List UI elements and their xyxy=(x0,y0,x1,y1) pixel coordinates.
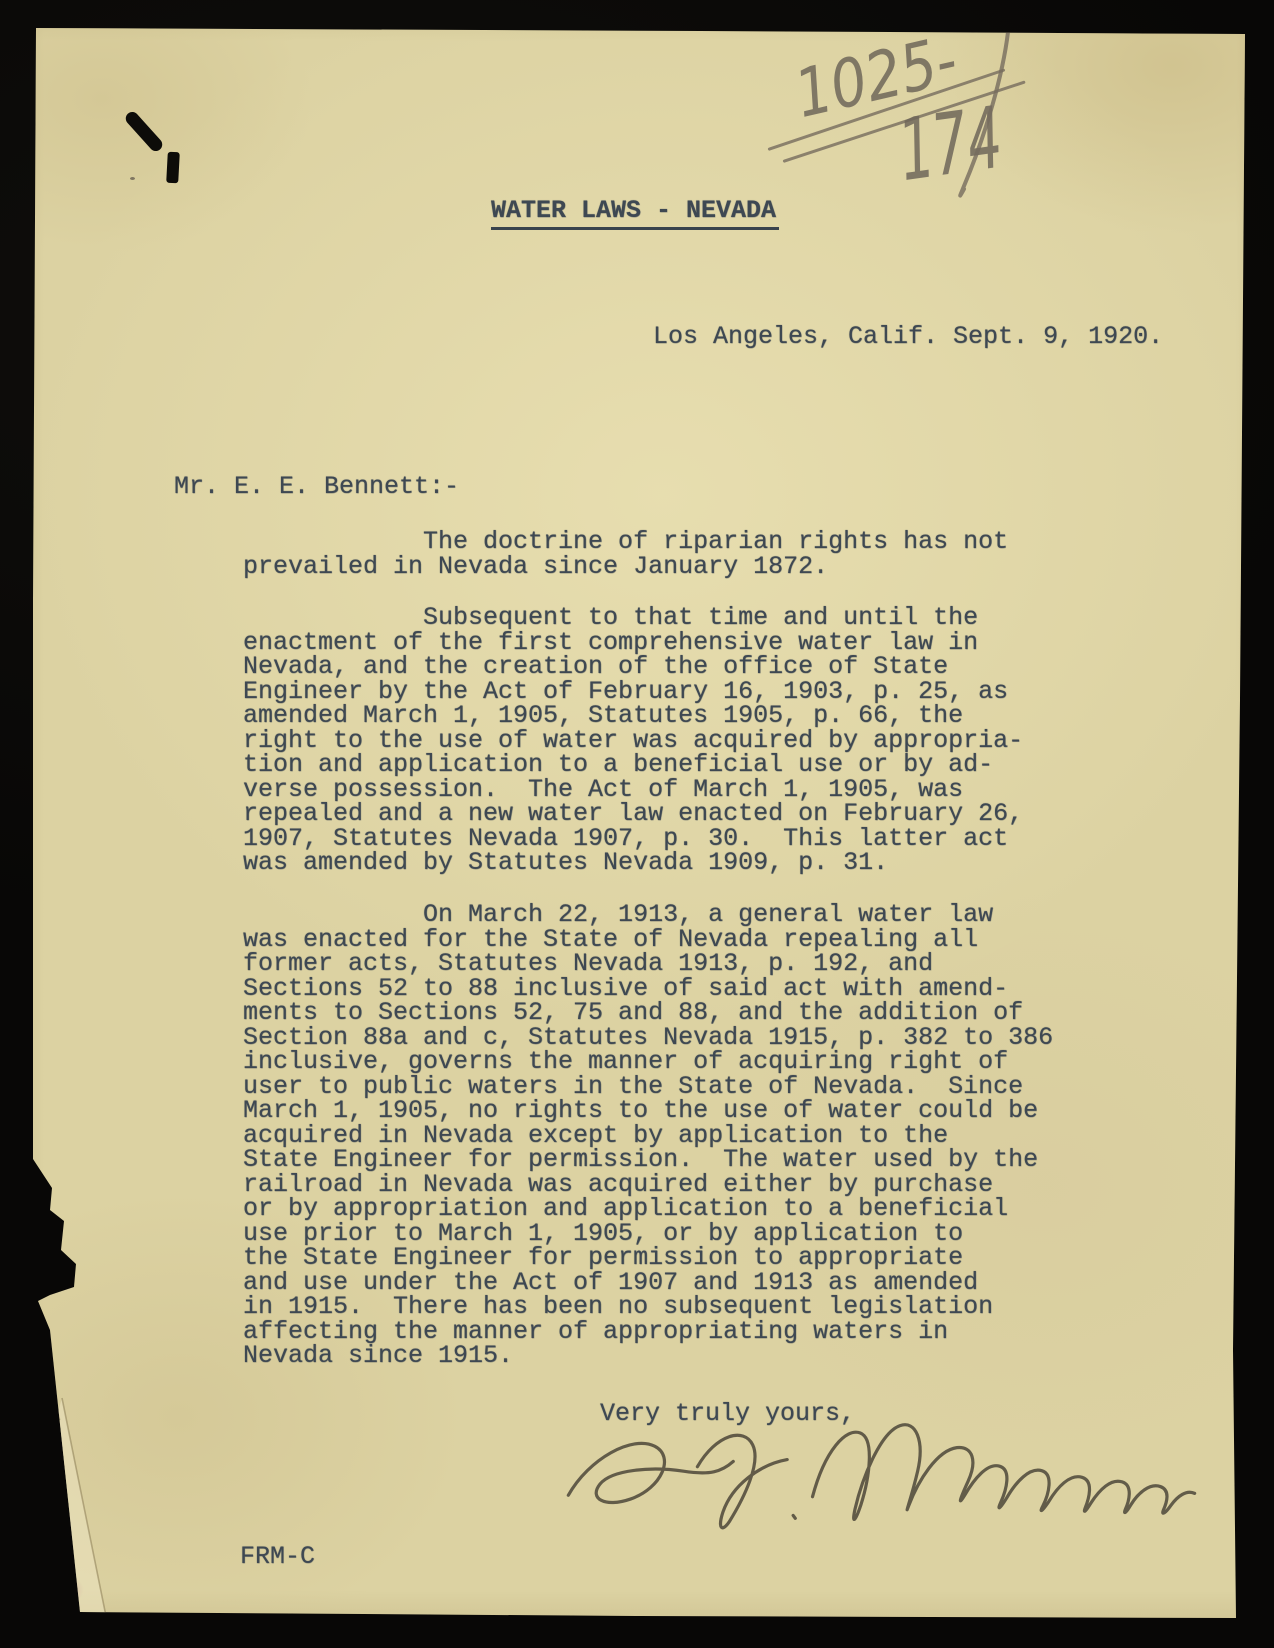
letter-page: 1025- 174 WATER LAWS - NEVADA Los Angele… xyxy=(0,0,1274,1648)
letter-paragraph-3: On March 22, 1913, a general water law w… xyxy=(243,903,1053,1369)
handwritten-signature xyxy=(558,1397,1223,1565)
ink-blot-diagonal xyxy=(123,109,165,153)
typist-initials: FRM-C xyxy=(240,1545,315,1570)
ink-blot-bar xyxy=(166,152,180,184)
letter-title: WATER LAWS - NEVADA xyxy=(491,199,779,230)
letter-dateline: Los Angeles, Calif. Sept. 9, 1920. xyxy=(653,325,1163,350)
pencil-speck xyxy=(130,177,135,180)
letter-paragraph-1: The doctrine of riparian rights has not … xyxy=(243,530,1008,579)
letter-paragraph-2: Subsequent to that time and until the en… xyxy=(243,606,1023,876)
pencil-curl-stroke xyxy=(948,26,1026,204)
letter-salutation: Mr. E. E. Bennett:- xyxy=(174,475,459,500)
